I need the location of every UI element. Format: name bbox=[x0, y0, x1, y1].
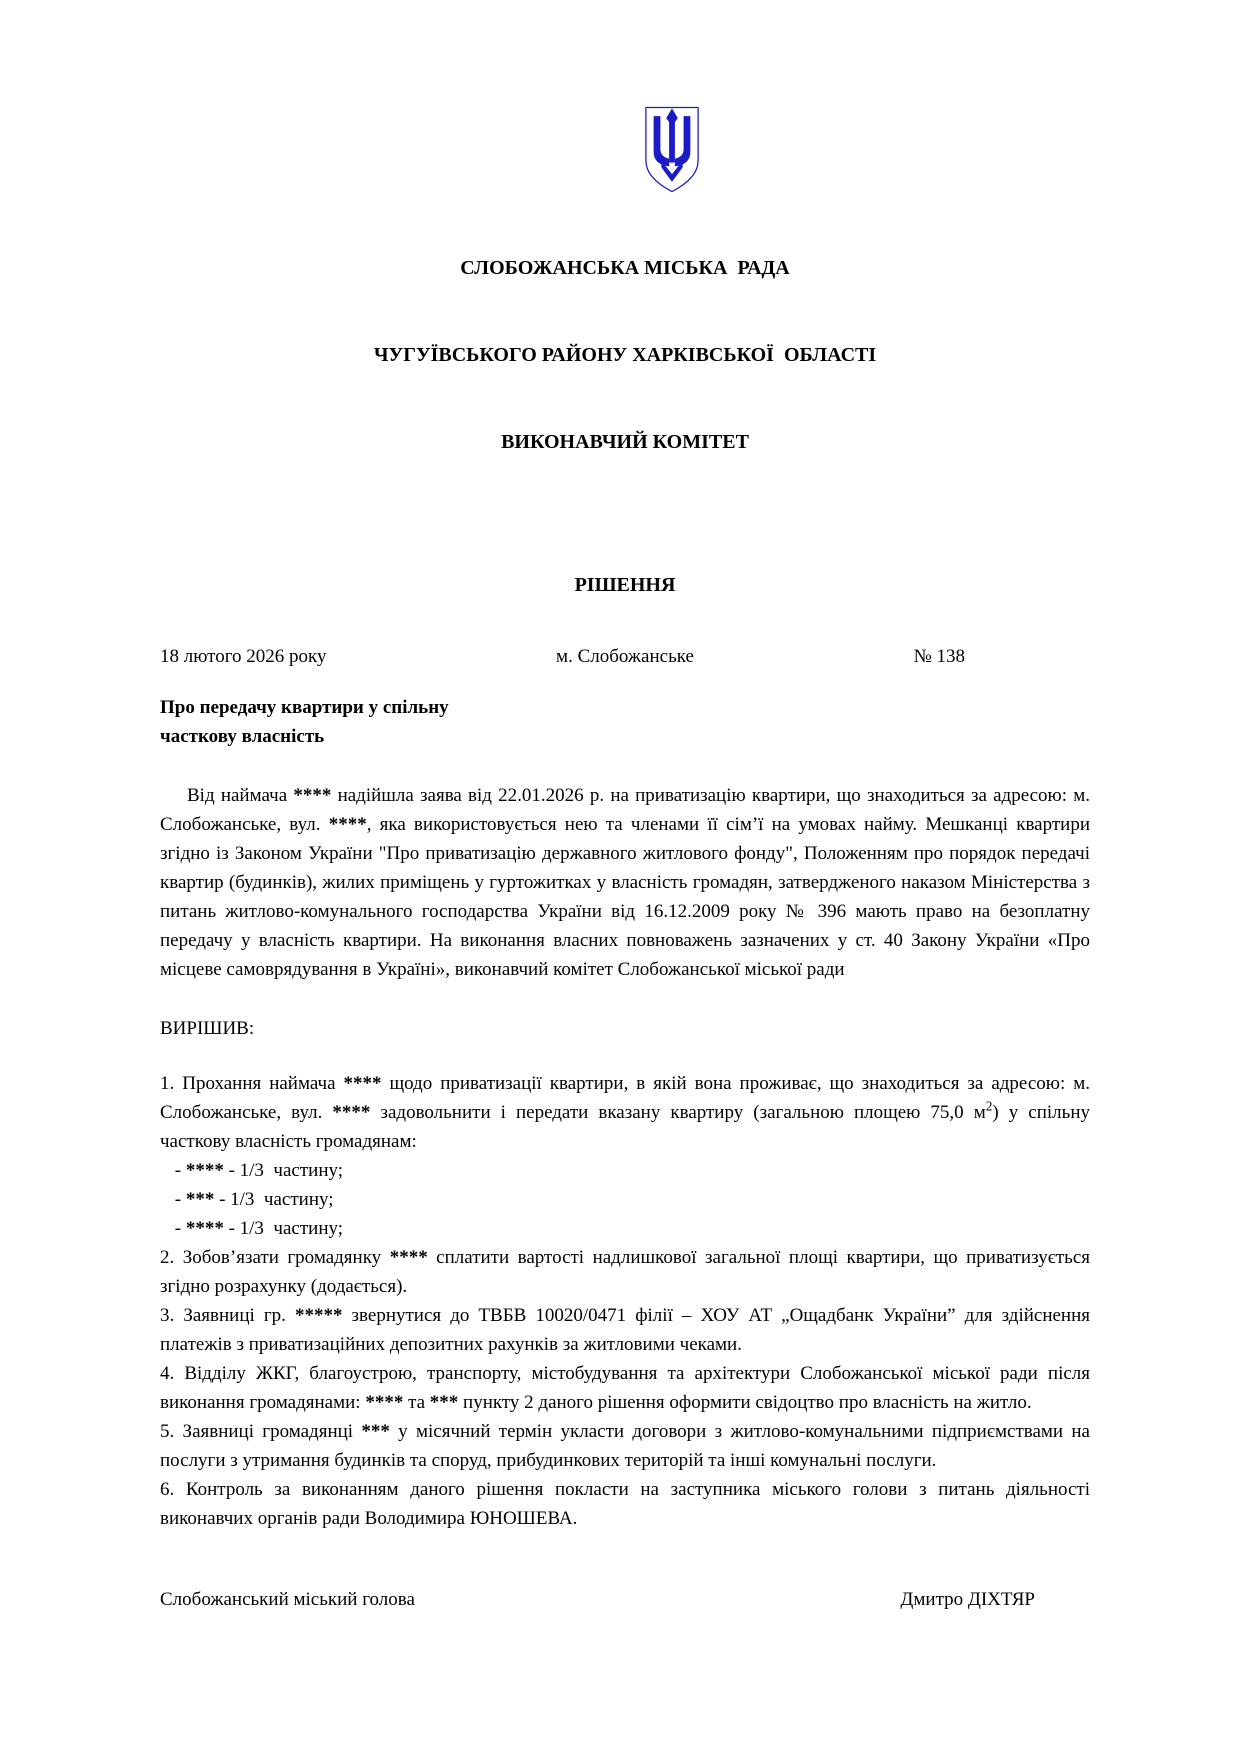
ukraine-trident-emblem bbox=[643, 106, 701, 194]
decision-date: 18 лютого 2026 року bbox=[160, 642, 470, 671]
org-header: СЛОБОЖАНСЬКА МІСЬКА РАДА ЧУГУЇВСЬКОГО РА… bbox=[160, 196, 1090, 515]
signer-title: Слобожанський міський голова bbox=[160, 1585, 415, 1614]
intro-paragraph: Від наймача **** надійшла заява від 22.0… bbox=[160, 781, 1090, 984]
signer-name: Дмитро ДІХТЯР bbox=[900, 1585, 1090, 1614]
resolution-items: 1. Прохання наймача **** щодо приватизац… bbox=[160, 1069, 1090, 1533]
org-name-line1: СЛОБОЖАНСЬКА МІСЬКА РАДА bbox=[160, 254, 1090, 283]
resolution-item-1-share-1: - **** - 1/3 частину; bbox=[160, 1156, 1090, 1185]
subject-line2: часткову власність bbox=[160, 722, 1090, 751]
decision-place: м. Слобожанське bbox=[470, 642, 780, 671]
document-type-title: РІШЕННЯ bbox=[160, 571, 1090, 600]
resolution-item-3: 3. Заявниці гр. ***** звернутися до ТВБВ… bbox=[160, 1301, 1090, 1359]
resolution-item-2: 2. Зобов’язати громадянку **** сплатити … bbox=[160, 1243, 1090, 1301]
emblem-wrap bbox=[160, 106, 1090, 194]
document-page: СЛОБОЖАНСЬКА МІСЬКА РАДА ЧУГУЇВСЬКОГО РА… bbox=[0, 0, 1240, 1754]
resolution-item-6: 6. Контроль за виконанням даного рішення… bbox=[160, 1475, 1090, 1533]
meta-row: 18 лютого 2026 року м. Слобожанське № 13… bbox=[160, 642, 1090, 671]
subject-title: Про передачу квартири у спільну часткову… bbox=[160, 693, 1090, 751]
signature-row: Слобожанський міський голова Дмитро ДІХТ… bbox=[160, 1585, 1090, 1614]
resolution-item-5: 5. Заявниці громадянці *** у місячний те… bbox=[160, 1417, 1090, 1475]
subject-line1: Про передачу квартири у спільну bbox=[160, 693, 1090, 722]
org-name-line3: ВИКОНАВЧИЙ КОМІТЕТ bbox=[160, 428, 1090, 457]
resolution-item-1: 1. Прохання наймача **** щодо приватизац… bbox=[160, 1069, 1090, 1156]
resolution-item-1-share-3: - **** - 1/3 частину; bbox=[160, 1214, 1090, 1243]
org-name-line2: ЧУГУЇВСЬКОГО РАЙОНУ ХАРКІВСЬКОЇ ОБЛАСТІ bbox=[160, 341, 1090, 370]
resolved-label: ВИРІШИВ: bbox=[160, 1014, 1090, 1043]
resolution-item-4: 4. Відділу ЖКГ, благоустрою, транспорту,… bbox=[160, 1359, 1090, 1417]
resolution-item-1-share-2: - *** - 1/3 частину; bbox=[160, 1185, 1090, 1214]
decision-number: № 138 bbox=[780, 642, 1090, 671]
